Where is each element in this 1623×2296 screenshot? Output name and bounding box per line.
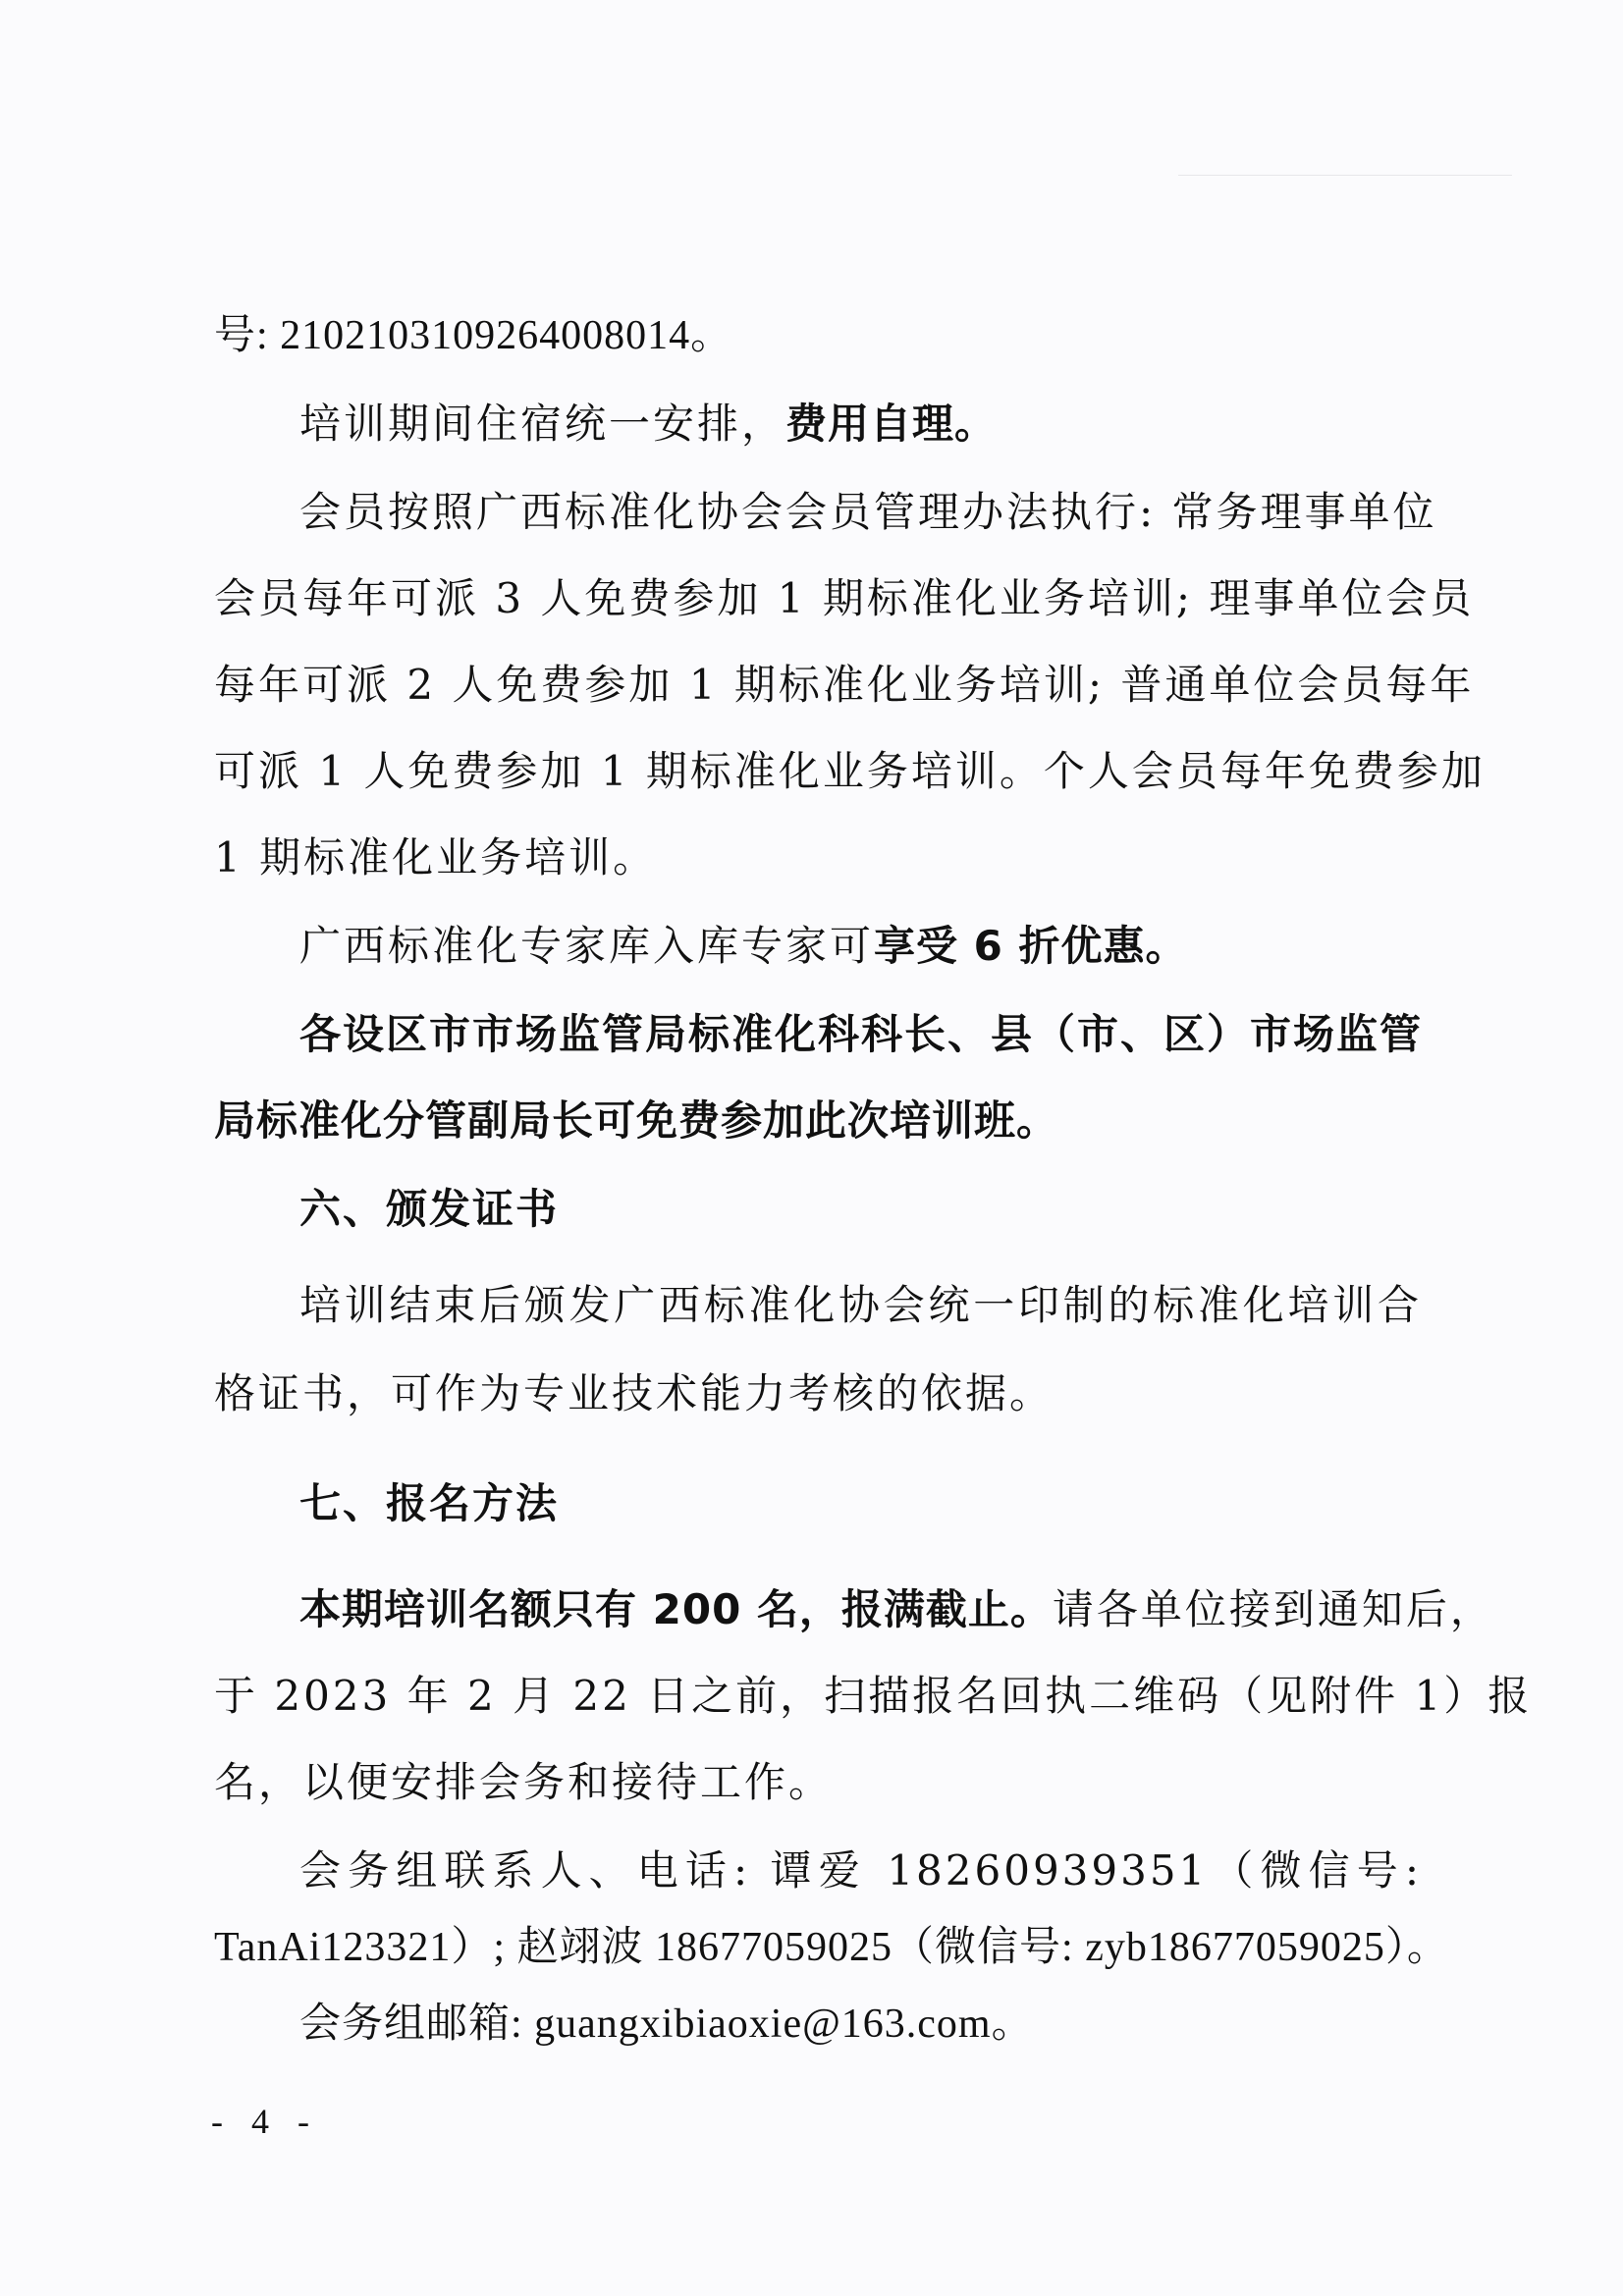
contact-line-1: 会务组联系人、电话: 谭爱 18260939351（微信号:: [299, 1842, 1422, 1900]
membership-line-1: 会员按照广西标准化协会会员管理办法执行: 常务理事单位: [299, 483, 1422, 542]
section-heading-registration: 七、报名方法: [299, 1474, 1507, 1533]
membership-line-3: 每年可派 2 人免费参加 1 期标准化业务培训; 普通单位会员每年: [214, 656, 1422, 715]
free-attendance-line-2: 局标准化分管副局长可免费参加此次培训班。: [214, 1092, 1422, 1150]
registration-paragraph: 本期培训名额只有 200 名，报满截止。请各单位接到通知后，: [299, 1580, 1507, 1639]
contact-email-line: 会务组邮箱: guangxibiaoxie@163.com。: [299, 1995, 1507, 2054]
accommodation-text: 培训期间住宿统一安排，: [299, 400, 785, 448]
registration-line-2: 于 2023 年 2 月 22 日之前，扫描报名回执二维码（见附件 1）报: [214, 1667, 1422, 1726]
contact-line-2: TanAi123321）; 赵翊波 18677059025（微信号: zyb18…: [214, 1918, 1422, 1977]
registration-line-3: 名，以便安排会务和接待工作。: [214, 1753, 1422, 1812]
account-number-line: 号: 2102103109264008014。: [214, 306, 1422, 365]
accommodation-paragraph: 培训期间住宿统一安排，费用自理。: [299, 395, 1507, 454]
membership-line-2: 会员每年可派 3 人免费参加 1 期标准化业务培训; 理事单位会员: [214, 569, 1422, 628]
discount-emphasis: 享受 6 折优惠。: [874, 922, 1187, 970]
membership-line-5: 1 期标准化业务培训。: [214, 828, 1422, 887]
membership-line-4: 可派 1 人免费参加 1 期标准化业务培训。个人会员每年免费参加: [214, 742, 1422, 801]
self-pay-emphasis: 费用自理。: [785, 400, 997, 448]
quota-emphasis: 本期培训名额只有 200 名，报满截止。: [299, 1585, 1053, 1633]
document-page: 号: 2102103109264008014。 培训期间住宿统一安排，费用自理。…: [0, 0, 1623, 2296]
page-number: - 4 -: [211, 2101, 319, 2142]
certificate-line-1: 培训结束后颁发广西标准化协会统一印制的标准化培训合: [299, 1276, 1422, 1335]
section-heading-certificate: 六、颁发证书: [299, 1180, 1507, 1239]
expert-discount-paragraph: 广西标准化专家库入库专家可享受 6 折优惠。: [299, 917, 1507, 976]
scan-artifact-line: [1178, 175, 1512, 176]
certificate-line-2: 格证书，可作为专业技术能力考核的依据。: [214, 1364, 1422, 1423]
registration-instruction: 请各单位接到通知后，: [1053, 1585, 1494, 1633]
expert-discount-text: 广西标准化专家库入库专家可: [299, 922, 874, 970]
free-attendance-line-1: 各设区市市场监管局标准化科科长、县（市、区）市场监管: [299, 1005, 1422, 1064]
